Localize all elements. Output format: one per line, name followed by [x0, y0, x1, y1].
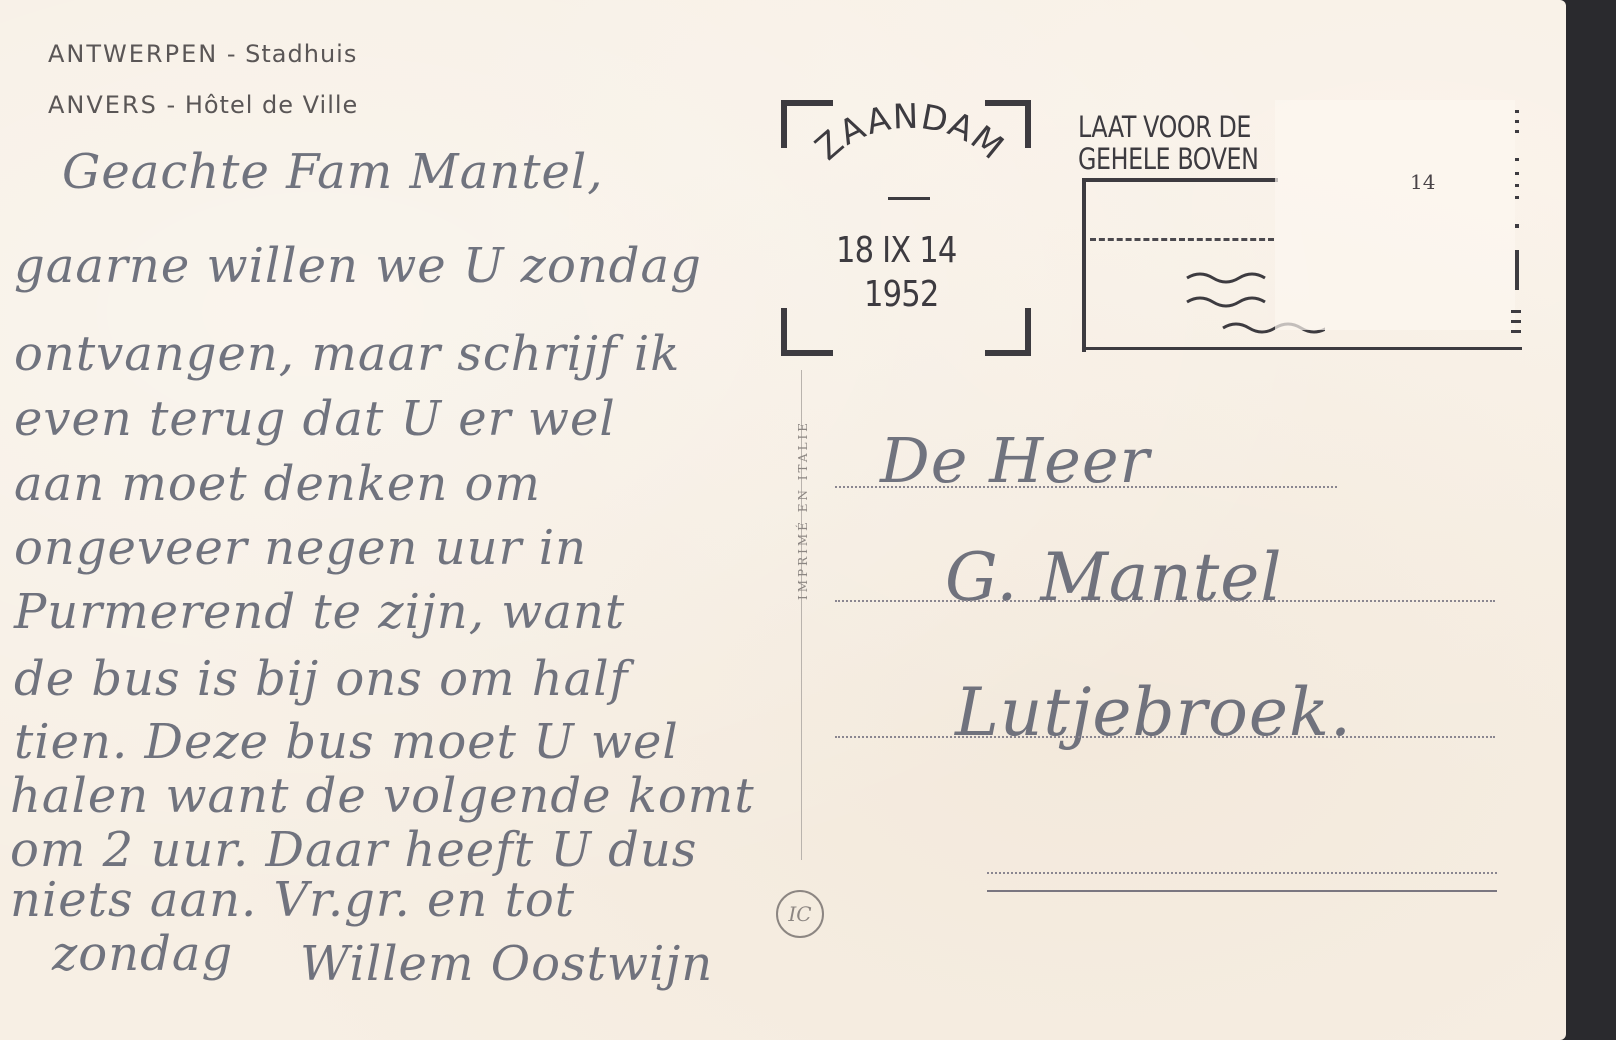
message-line: Purmerend te zijn, want — [14, 588, 625, 636]
postmark-city: ZAANDAM — [800, 110, 1020, 230]
message-line: even terug dat U er wel — [14, 395, 616, 443]
signature: Willem Oostwijn — [300, 940, 713, 988]
address-line-1: De Heer — [880, 430, 1150, 492]
message-line: halen want de volgende komt — [10, 772, 755, 820]
cancel-edge-marks — [1505, 110, 1525, 340]
message-line: ontvangen, maar schrijf ik — [14, 330, 680, 378]
caption-place-fr: Hôtel de Ville — [185, 91, 359, 119]
postmark-date: 18 IX 14 — [836, 230, 957, 271]
message-line: tien. Deze bus moet U wel — [14, 718, 679, 766]
message-line: Geachte Fam Mantel, — [62, 148, 604, 196]
caption-line-1: ANTWERPEN - Stadhuis — [48, 40, 357, 68]
message-line: de bus is bij ons om half — [14, 655, 628, 703]
address-solid-rule — [987, 890, 1497, 892]
message-line: aan moet denken om — [14, 460, 541, 508]
caption-city-fr: ANVERS — [48, 91, 158, 119]
caption-line-2: ANVERS - Hôtel de Ville — [48, 91, 358, 119]
message-line: zondag — [52, 930, 233, 978]
message-line: gaarne willen we U zondag — [14, 242, 702, 290]
address-rule — [835, 486, 1337, 488]
address-rule — [835, 600, 1495, 602]
postmark-dash — [888, 197, 930, 200]
message-line: ongeveer negen uur in — [14, 524, 587, 572]
message-line: om 2 uur. Daar heeft U dus — [10, 826, 697, 874]
publisher-logo: IC — [776, 890, 824, 938]
postmark-corner — [781, 308, 833, 356]
stamp-number: 14 — [1410, 170, 1435, 194]
postmark-year: 1952 — [864, 274, 938, 315]
slogan-line-1: LAAT VOOR DE — [1078, 110, 1251, 144]
slogan-frame-bottom — [1082, 347, 1522, 350]
caption-separator: - — [167, 91, 177, 119]
caption-place-nl: Stadhuis — [245, 40, 357, 68]
postcard: ANTWERPEN - Stadhuis ANVERS - Hôtel de V… — [0, 0, 1566, 1040]
address-rule — [987, 872, 1497, 874]
postmark-corner — [985, 308, 1031, 356]
svg-text:ZAANDAM: ZAANDAM — [808, 97, 1012, 169]
imprint-text: IMPRIMÉ EN ITALIE — [796, 420, 810, 600]
caption-separator: - — [227, 40, 237, 68]
address-rule — [835, 736, 1495, 738]
caption-city-nl: ANTWERPEN — [48, 40, 218, 68]
stamp-area — [1275, 100, 1515, 330]
message-line: niets aan. Vr.gr. en tot — [10, 876, 575, 924]
slogan-line-2: GEHELE BOVEN — [1078, 142, 1259, 176]
slogan-dotted-line — [1090, 238, 1274, 241]
